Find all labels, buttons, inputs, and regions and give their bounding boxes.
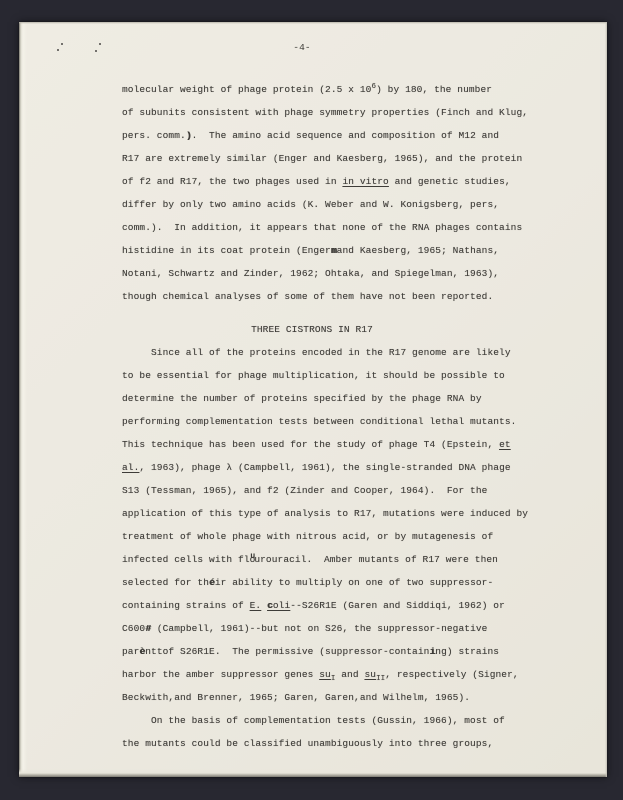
text-segment: E. bbox=[250, 600, 262, 611]
text-segment: R17 are extremely similar (Enger and Kae… bbox=[122, 153, 522, 164]
text-segment: selected for th bbox=[122, 577, 209, 588]
text-segment: , respectively (Signer, bbox=[385, 669, 518, 680]
text-segment: of f2 and R17, the two phages used in bbox=[122, 176, 342, 187]
text-segment: par bbox=[122, 646, 139, 657]
text-segment: su bbox=[364, 669, 376, 680]
text-line: R17 are extremely similar (Enger and Kae… bbox=[122, 147, 546, 170]
paragraph: molecular weight of phage protein (2.5 x… bbox=[122, 78, 546, 308]
text-line: C600# (Campbell, 1961)--but not on S26, … bbox=[122, 617, 546, 640]
pencil-mark bbox=[57, 49, 59, 51]
text-segment: ng) strains bbox=[435, 646, 499, 657]
text-segment: and genetic studies, bbox=[389, 176, 511, 187]
text-line: differ by only two amino acids (K. Weber… bbox=[122, 193, 546, 216]
text-segment: application of this type of analysis to … bbox=[122, 508, 528, 519]
text-line: On the basis of complementation tests (G… bbox=[122, 709, 546, 732]
text-segment: and bbox=[335, 669, 364, 680]
text-line: determine the number of proteins specifi… bbox=[122, 387, 546, 410]
text-segment: nttof S26R1E. The permissive (suppressor… bbox=[145, 646, 429, 657]
paper-page: -4- molecular weight of phage protein (2… bbox=[19, 22, 607, 777]
text-segment: histidine in its coat protein (Enger bbox=[122, 245, 331, 256]
text-segment: et bbox=[499, 439, 511, 450]
text-line: Notani, Schwartz and Zinder, 1962; Ohtak… bbox=[122, 262, 546, 285]
text-line: S13 (Tessman, 1965), and f2 (Zinder and … bbox=[122, 479, 546, 502]
paragraph: Since all of the proteins encoded in the… bbox=[122, 341, 546, 709]
text-segment: and Kaesberg, 1965; Nathans, bbox=[337, 245, 499, 256]
text-segment: oli bbox=[273, 600, 290, 611]
text-segment: Notani, Schwartz and Zinder, 1962; Ohtak… bbox=[122, 268, 499, 279]
text-segment: II bbox=[376, 675, 385, 683]
text-segment: al. bbox=[122, 462, 139, 473]
text-segment: On the basis of complementation tests (G… bbox=[122, 715, 505, 726]
text-line: the mutants could be classified unambigu… bbox=[122, 732, 546, 755]
text-line: Beckwith,and Brenner, 1965; Garen, Garen… bbox=[122, 686, 546, 709]
paper-edge-right bbox=[605, 22, 607, 777]
text-segment: molecular weight of phage protein (2.5 x… bbox=[122, 84, 371, 95]
text-segment: of subunits consistent with phage symmet… bbox=[122, 107, 528, 118]
text-segment: Beckwith,and Brenner, 1965; Garen, Garen… bbox=[122, 692, 470, 703]
text-segment: in vitro bbox=[342, 176, 388, 187]
text-segment: ) by 180, the number bbox=[376, 84, 492, 95]
text-line: al., 1963), phage λ (Campbell, 1961), th… bbox=[122, 456, 546, 479]
text-segment: treatment of whole phage with nitrous ac… bbox=[122, 531, 493, 542]
text-line: though chemical analyses of some of them… bbox=[122, 285, 546, 308]
text-line: comm.). In addition, it appears that non… bbox=[122, 216, 546, 239]
text-segment: performing complementation tests between… bbox=[122, 416, 516, 427]
text-line: performing complementation tests between… bbox=[122, 410, 546, 433]
text-segment: ir ability to multiply on one of two sup… bbox=[215, 577, 493, 588]
text-line: infected cells with flouurouracil. Amber… bbox=[122, 548, 546, 571]
text-line: to be essential for phage multiplication… bbox=[122, 364, 546, 387]
text-segment: urouracil. Amber mutants of R17 were the… bbox=[254, 554, 498, 565]
text-segment: pers. comm. bbox=[122, 130, 186, 141]
text-line: This technique has been used for the stu… bbox=[122, 433, 546, 456]
text-segment: the mutants could be classified unambigu… bbox=[122, 738, 493, 749]
paper-edge-left bbox=[19, 22, 27, 777]
text-segment: differ by only two amino acids (K. Weber… bbox=[122, 199, 499, 210]
text-line: of subunits consistent with phage symmet… bbox=[122, 101, 546, 124]
text-segment: C600 bbox=[122, 623, 145, 634]
text-segment: infected cells with flo bbox=[122, 554, 255, 565]
paragraph: On the basis of complementation tests (G… bbox=[122, 709, 546, 755]
text-segment: determine the number of proteins specifi… bbox=[122, 393, 482, 404]
text-segment: comm.). In addition, it appears that non… bbox=[122, 222, 522, 233]
paper-edge-bottom bbox=[19, 769, 607, 777]
text-line: parènttof S26R1E. The permissive (suppre… bbox=[122, 640, 546, 663]
text-segment: containing strains of bbox=[122, 600, 250, 611]
text-segment: (Campbell, 1961)--but not on S26, the su… bbox=[151, 623, 487, 634]
pencil-mark bbox=[61, 43, 63, 45]
text-line: containing strains of E. coli--S26R1E (G… bbox=[122, 594, 546, 617]
text-segment: . The amino acid sequence and compositio… bbox=[192, 130, 499, 141]
section-heading: THREE CISTRONS IN R17 bbox=[100, 318, 524, 341]
text-line: harbor the amber suppressor genes suI an… bbox=[122, 663, 546, 686]
text-segment: S13 (Tessman, 1965), and f2 (Zinder and … bbox=[122, 485, 487, 496]
page-number: -4- bbox=[90, 36, 514, 59]
text-line: selected for théir ability to multiply o… bbox=[122, 571, 546, 594]
text-line: Since all of the proteins encoded in the… bbox=[122, 341, 546, 364]
text-segment: harbor the amber suppressor genes bbox=[122, 669, 319, 680]
text-line: of f2 and R17, the two phages used in in… bbox=[122, 170, 546, 193]
text-segment: though chemical analyses of some of them… bbox=[122, 291, 493, 302]
text-segment: to be essential for phage multiplication… bbox=[122, 370, 505, 381]
text-segment: --S26R1E (Garen and Siddiqi, 1962) or bbox=[290, 600, 505, 611]
text-line: application of this type of analysis to … bbox=[122, 502, 546, 525]
text-segment: su bbox=[319, 669, 331, 680]
text-segment: Since all of the proteins encoded in the… bbox=[122, 347, 511, 358]
text-segment: , 1963), phage λ (Campbell, 1961), the s… bbox=[139, 462, 510, 473]
typewritten-text: molecular weight of phage protein (2.5 x… bbox=[122, 78, 546, 755]
text-segment: This technique has been used for the stu… bbox=[122, 439, 499, 450]
paper-edge-top bbox=[19, 22, 607, 24]
scanned-page-background: { "colors": { "background": "#282831", "… bbox=[0, 0, 623, 800]
text-line: treatment of whole phage with nitrous ac… bbox=[122, 525, 546, 548]
text-line: molecular weight of phage protein (2.5 x… bbox=[122, 78, 546, 101]
text-line: pers. comm.). The amino acid sequence an… bbox=[122, 124, 546, 147]
text-line: histidine in its coat protein (Engermand… bbox=[122, 239, 546, 262]
